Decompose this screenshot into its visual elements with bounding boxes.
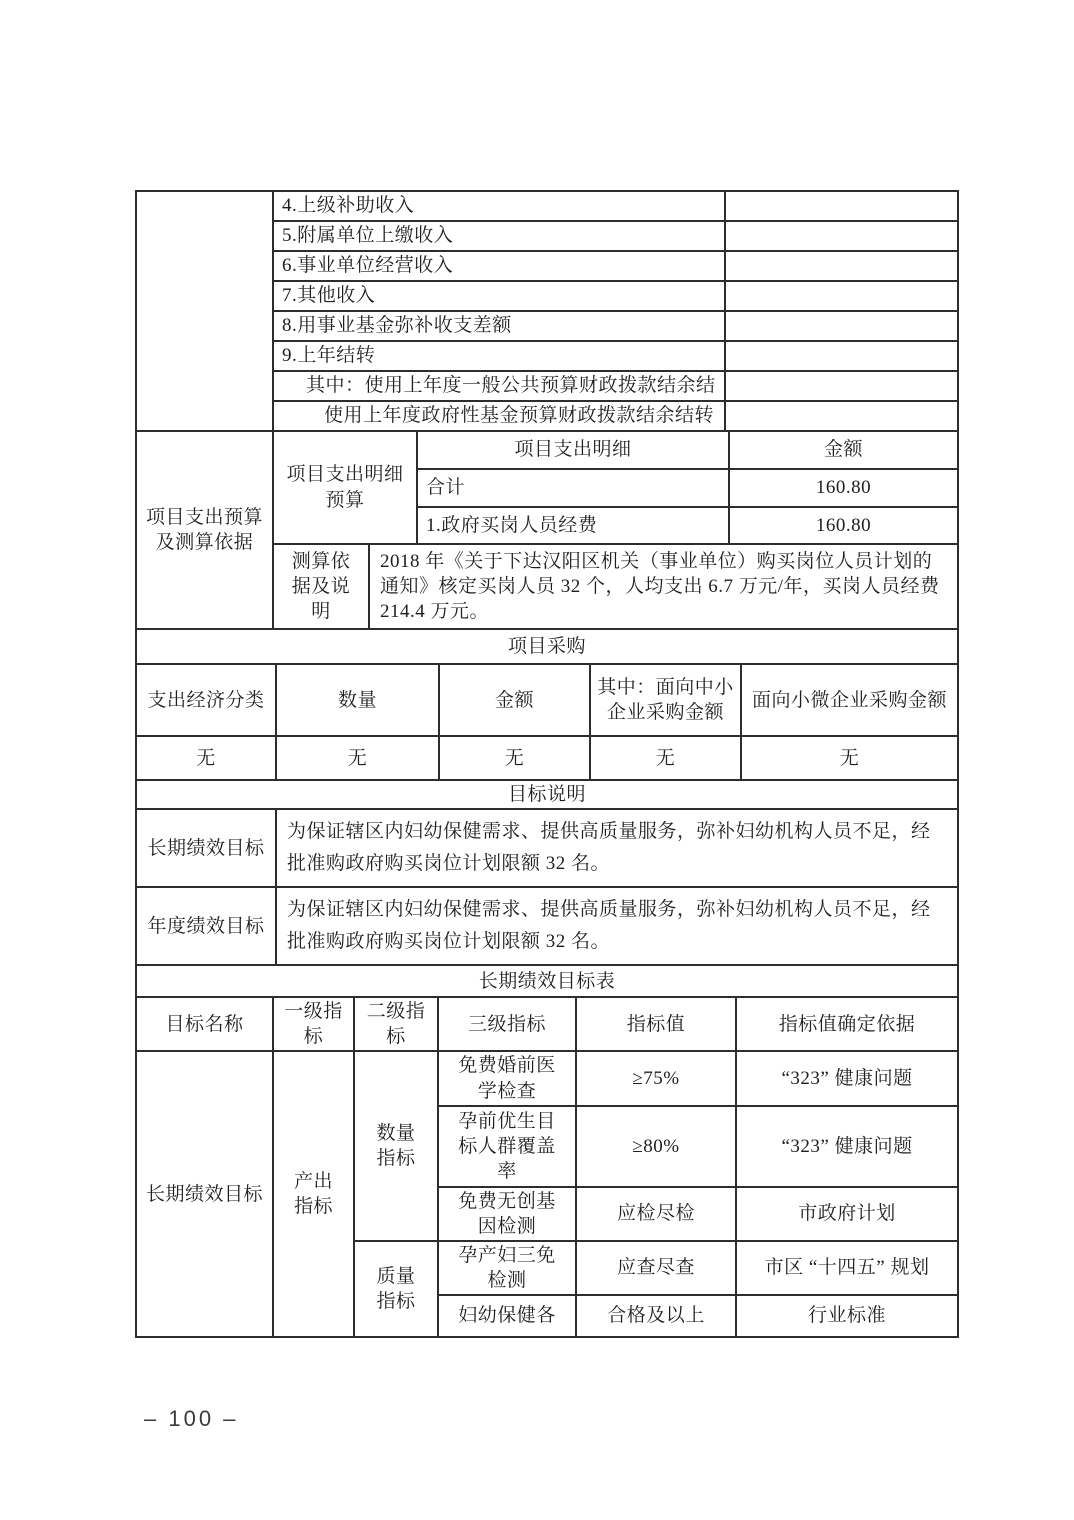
indicator-name: 免费婚前医学检查 [438,1051,576,1105]
income-table: 4.上级补助收入 5.附属单位上缴收入 6.事业单位经营收入 7.其他收入 8.… [135,190,959,432]
detail-item: 1.政府买岗人员经费 [417,507,729,544]
longterm-table-title: 长期绩效目标表 [136,965,958,997]
income-row-label: 9.上年结转 [273,341,725,371]
longterm-col-header: 二级指标 [354,997,438,1051]
detail-amount: 160.80 [729,469,958,507]
longterm-col-header: 三级指标 [438,997,576,1051]
indicator-basis: 市区 “十四五” 规划 [736,1241,958,1295]
detail-budget-label: 项目支出明细预算 [283,462,407,512]
income-row-value [725,281,958,311]
procurement-value: 无 [439,736,590,780]
project-budget-header-cell: 项目支出预算及测算依据 [136,431,273,629]
indicator-name: 孕前优生目标人群覆盖率 [438,1106,576,1187]
page-number: – 100 – [144,1406,238,1432]
indicator-basis: “323” 健康问题 [736,1051,958,1105]
income-row-value [725,311,958,341]
detail-col-item-header: 项目支出明细 [417,431,729,469]
basis-label-cell: 测算依据及说明 [273,544,369,629]
budget-document: 4.上级补助收入 5.附属单位上缴收入 6.事业单位经营收入 7.其他收入 8.… [135,190,957,1338]
basis-label: 测算依据及说明 [289,549,353,624]
goal-row-label: 年度绩效目标 [136,887,276,965]
procurement-title: 项目采购 [136,629,958,664]
income-row-label: 6.事业单位经营收入 [273,251,725,281]
income-row-value [725,191,958,221]
procurement-value: 无 [276,736,439,780]
longterm-col-header: 指标值确定依据 [736,997,958,1051]
goal-row-text: 为保证辖区内妇幼保健需求、提供高质量服务，弥补妇幼机构人员不足，经批准购政府购买… [276,809,958,887]
procurement-value: 无 [741,736,958,780]
income-row-value [725,341,958,371]
income-row-label: 7.其他收入 [273,281,725,311]
longterm-level2: 质量指标 [354,1241,438,1337]
indicator-basis: 行业标准 [736,1295,958,1337]
detail-amount: 160.80 [729,507,958,544]
goal-row-label: 长期绩效目标 [136,809,276,887]
longterm-col-header: 一级指标 [273,997,354,1051]
income-row-label: 8.用事业基金弥补收支差额 [273,311,725,341]
procurement-col-header: 支出经济分类 [136,664,276,736]
longterm-level2: 数量指标 [354,1051,438,1240]
income-row-value [725,371,958,401]
income-row-label: 5.附属单位上缴收入 [273,221,725,251]
procurement-value: 无 [590,736,741,780]
detail-item: 合计 [417,469,729,507]
longterm-col-header: 指标值 [576,997,736,1051]
indicator-value: 应检尽检 [576,1187,736,1241]
longterm-level1: 产出指标 [273,1051,354,1336]
indicator-basis: 市政府计划 [736,1187,958,1241]
procurement-col-header: 数量 [276,664,439,736]
detail-col-amount-header: 金额 [729,431,958,469]
project-budget-table: 项目支出预算及测算依据 项目支出明细预算 项目支出明细 金额 合计 160.80… [135,430,959,630]
goal-description-table: 目标说明 长期绩效目标 为保证辖区内妇幼保健需求、提供高质量服务，弥补妇幼机构人… [135,779,959,966]
procurement-table: 项目采购 支出经济分类 数量 金额 其中：面向中小企业采购金额 面向小微企业采购… [135,628,959,781]
indicator-value: ≥75% [576,1051,736,1105]
longterm-goal-table: 长期绩效目标表 目标名称 一级指标 二级指标 三级指标 指标值 指标值确定依据 … [135,964,959,1338]
goal-section-title: 目标说明 [136,780,958,809]
income-row-label: 其中：使用上年度一般公共预算财政拨款结余结 [273,371,725,401]
income-row-value [725,401,958,431]
income-row-value [725,251,958,281]
income-row-label: 使用上年度政府性基金预算财政拨款结余结转 [273,401,725,431]
basis-text: 2018 年《关于下达汉阳区机关（事业单位）购买岗位人员计划的通知》核定买岗人员… [369,544,958,629]
detail-budget-label-cell: 项目支出明细预算 [273,431,417,544]
longterm-col-header: 目标名称 [136,997,273,1051]
indicator-basis: “323” 健康问题 [736,1106,958,1187]
income-left-empty-cell [136,191,273,431]
income-row-value [725,221,958,251]
goal-row-text: 为保证辖区内妇幼保健需求、提供高质量服务，弥补妇幼机构人员不足，经批准购政府购买… [276,887,958,965]
procurement-col-header: 金额 [439,664,590,736]
indicator-value: ≥80% [576,1106,736,1187]
indicator-name: 妇幼保健各 [438,1295,576,1337]
indicator-value: 应查尽查 [576,1241,736,1295]
indicator-name: 孕产妇三免检测 [438,1241,576,1295]
procurement-col-header: 面向小微企业采购金额 [741,664,958,736]
procurement-col-header: 其中：面向中小企业采购金额 [590,664,741,736]
income-row-label: 4.上级补助收入 [273,191,725,221]
indicator-name: 免费无创基因检测 [438,1187,576,1241]
procurement-value: 无 [136,736,276,780]
longterm-goal-name: 长期绩效目标 [136,1051,273,1336]
indicator-value: 合格及以上 [576,1295,736,1337]
